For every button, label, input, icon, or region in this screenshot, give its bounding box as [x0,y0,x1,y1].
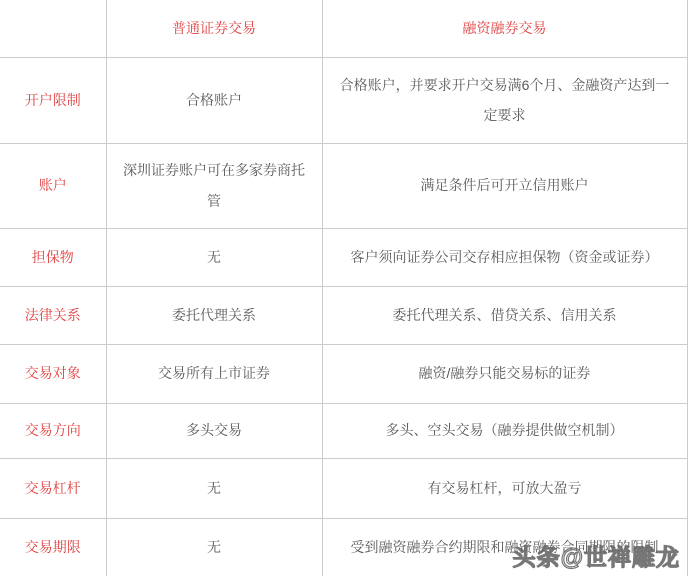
table-row: 账户 深圳证券账户可在多家券商托管 满足条件后可开立信用账户 [0,143,687,228]
ordinary-trading-cell: 交易所有上市证券 [106,344,322,403]
comparison-table: 普通证券交易 融资融券交易 开户限制 合格账户 合格账户，并要求开户交易满6个月… [0,0,688,576]
table-row: 交易杠杆 无 有交易杠杆，可放大盈亏 [0,458,687,518]
toutiao-watermark: 头条@世禅雕龙 [513,539,680,572]
margin-trading-cell: 合格账户，并要求开户交易满6个月、金融资产达到一定要求 [322,57,687,143]
margin-trading-cell: 融资/融券只能交易标的证券 [322,344,687,403]
row-label-cell: 开户限制 [0,57,106,143]
ordinary-trading-cell: 无 [106,458,322,518]
ordinary-trading-cell: 无 [106,228,322,286]
margin-trading-cell: 满足条件后可开立信用账户 [322,143,687,228]
header-row: 普通证券交易 融资融券交易 [0,0,687,57]
row-label-cell: 交易期限 [0,518,106,576]
row-label-cell: 交易对象 [0,344,106,403]
header-cell-margin-trading: 融资融券交易 [322,0,687,57]
ordinary-trading-cell: 深圳证券账户可在多家券商托管 [106,143,322,228]
row-label-cell: 法律关系 [0,286,106,344]
ordinary-trading-cell: 无 [106,518,322,576]
margin-trading-cell: 客户须向证券公司交存相应担保物（资金或证券） [322,228,687,286]
ordinary-trading-cell: 委托代理关系 [106,286,322,344]
row-label-cell: 担保物 [0,228,106,286]
ordinary-trading-cell: 多头交易 [106,403,322,458]
table-row: 交易方向 多头交易 多头、空头交易（融券提供做空机制） [0,403,687,458]
table-row: 担保物 无 客户须向证券公司交存相应担保物（资金或证券） [0,228,687,286]
margin-trading-cell: 多头、空头交易（融券提供做空机制） [322,403,687,458]
margin-trading-cell: 委托代理关系、借贷关系、信用关系 [322,286,687,344]
table-image: 普通证券交易 融资融券交易 开户限制 合格账户 合格账户，并要求开户交易满6个月… [0,0,690,576]
table-row: 法律关系 委托代理关系 委托代理关系、借贷关系、信用关系 [0,286,687,344]
ordinary-trading-cell: 合格账户 [106,57,322,143]
row-label-cell: 交易杠杆 [0,458,106,518]
table-row: 交易对象 交易所有上市证券 融资/融券只能交易标的证券 [0,344,687,403]
header-cell-empty [0,0,106,57]
header-cell-ordinary-trading: 普通证券交易 [106,0,322,57]
table-row: 开户限制 合格账户 合格账户，并要求开户交易满6个月、金融资产达到一定要求 [0,57,687,143]
table-body: 开户限制 合格账户 合格账户，并要求开户交易满6个月、金融资产达到一定要求 账户… [0,57,687,576]
row-label-cell: 账户 [0,143,106,228]
row-label-cell: 交易方向 [0,403,106,458]
margin-trading-cell: 有交易杠杆，可放大盈亏 [322,458,687,518]
